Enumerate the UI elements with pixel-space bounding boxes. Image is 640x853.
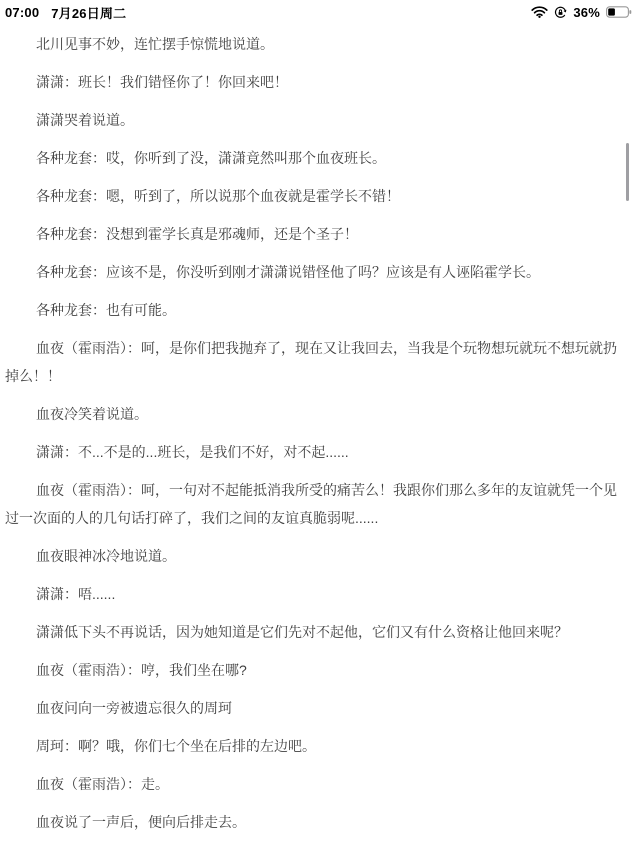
paragraph: 血夜（霍雨浩）：呵，是你们把我抛弃了，现在又让我回去，当我是个玩物想玩就玩不想玩… [5, 334, 625, 390]
scrollbar-thumb[interactable] [626, 143, 629, 201]
status-bar-left: 07:00 7月26日周二 [5, 3, 126, 22]
paragraph: 各种龙套：没想到霍学长真是邪魂师，还是个圣子！ [5, 220, 625, 248]
paragraph: 血夜说了一声后，便向后排走去。 [5, 808, 625, 836]
paragraph: 潇潇：班长！我们错怪你了！你回来吧！ [5, 68, 625, 96]
paragraph: 血夜（霍雨浩）：哼，我们坐在哪? [5, 656, 625, 684]
paragraph: 各种龙套：应该不是，你没听到刚才潇潇说错怪他了吗？应该是有人诬陷霍学长。 [5, 258, 625, 286]
paragraph: 潇潇低下头不再说话，因为她知道是它们先对不起他，它们又有什么资格让他回来呢？ [5, 618, 625, 646]
status-bar: 07:00 7月26日周二 36% [0, 0, 640, 24]
battery-percent: 36% [573, 5, 600, 20]
paragraph: 周珂：啊？哦，你们七个坐在后排的左边吧。 [5, 732, 625, 760]
paragraph: 血夜（霍雨浩）：呵，一句对不起能抵消我所受的痛苦么！我跟你们那么多年的友谊就凭一… [5, 476, 625, 532]
battery-icon [606, 6, 632, 18]
orientation-lock-icon [554, 6, 567, 19]
paragraph: 潇潇：不...不是的...班长，是我们不好，对不起...... [5, 438, 625, 466]
paragraph: 北川见事不妙，连忙摆手惊慌地说道。 [5, 30, 625, 58]
screen: 07:00 7月26日周二 36% [0, 0, 640, 853]
status-bar-right: 36% [531, 5, 632, 20]
status-date: 7月26日周二 [51, 3, 126, 22]
paragraph: 血夜问向一旁被遗忘很久的周珂 [5, 694, 625, 722]
paragraph: 潇潇：唔...... [5, 580, 625, 608]
chapter-text[interactable]: 北川见事不妙，连忙摆手惊慌地说道。潇潇：班长！我们错怪你了！你回来吧！潇潇哭着说… [5, 30, 625, 846]
paragraph: 潇潇哭着说道。 [5, 106, 625, 134]
paragraph: 血夜眼神冰冷地说道。 [5, 542, 625, 570]
paragraph: 血夜（霍雨浩）：走。 [5, 770, 625, 798]
clock: 07:00 [5, 5, 39, 20]
paragraph: 各种龙套：也有可能。 [5, 296, 625, 324]
paragraph: 血夜冷笑着说道。 [5, 400, 625, 428]
paragraph: 各种龙套：哎，你听到了没，潇潇竟然叫那个血夜班长。 [5, 144, 625, 172]
paragraph: 各种龙套：嗯，听到了，所以说那个血夜就是霍学长不错！ [5, 182, 625, 210]
wifi-icon [531, 6, 548, 18]
